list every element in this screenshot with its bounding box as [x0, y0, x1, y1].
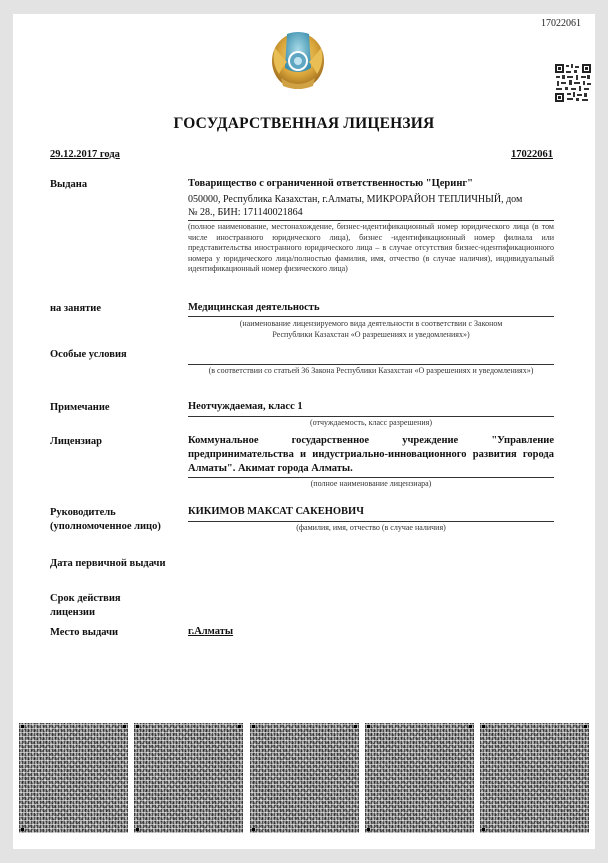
qr-code-icon — [365, 723, 474, 833]
place-label: Место выдачи — [50, 626, 118, 640]
licensor-hint: (полное наименование лицензиара) — [188, 479, 554, 490]
license-number: 17022061 — [511, 149, 553, 160]
head-hint: (фамилия, имя, отчество (в случае наличи… — [188, 523, 554, 534]
qr-code-icon — [19, 723, 128, 833]
issued-to-name: Товарищество с ограниченной ответственно… — [188, 177, 554, 191]
special-conditions-hint: (в соответствии со статьей 36 Закона Рес… — [188, 366, 554, 377]
divider — [188, 477, 554, 478]
divider — [188, 416, 554, 417]
head-label-line1: Руководитель — [50, 506, 116, 520]
qr-code-icon — [134, 723, 243, 833]
note-label: Примечание — [50, 401, 110, 415]
divider — [188, 364, 554, 365]
activity-label: на занятие — [50, 302, 101, 316]
qr-code-icon — [554, 63, 592, 103]
licensor-label: Лицензиар — [50, 435, 102, 449]
validity-label-line1: Срок действия — [50, 592, 121, 606]
document-title: ГОСУДАРСТВЕННАЯ ЛИЦЕНЗИЯ — [13, 115, 595, 133]
issued-to-label: Выдана — [50, 178, 87, 192]
license-page: 17022061 — [13, 14, 595, 849]
qr-code-icon — [480, 723, 589, 833]
divider — [188, 220, 554, 221]
issue-date: 29.12.2017 года — [50, 149, 120, 160]
divider — [188, 521, 554, 522]
issued-to-address-line1: 050000, Республика Казахстан, г.Алматы, … — [188, 193, 554, 206]
issued-to-address-line2: № 28., БИН: 171140021864 — [188, 206, 554, 219]
qr-code-icon — [250, 723, 359, 833]
top-document-number: 17022061 — [541, 18, 581, 29]
divider — [188, 316, 554, 317]
issued-to-hint: (полное наименование, местонахождение, б… — [188, 222, 554, 275]
validity-label-line2: лицензии — [50, 606, 95, 620]
state-emblem-icon — [267, 28, 329, 92]
note-hint: (отчуждаемость, класс разрешения) — [188, 418, 554, 429]
qr-codes-row — [19, 723, 589, 833]
special-conditions-label: Особые условия — [50, 348, 127, 362]
note-value: Неотчуждаемая, класс 1 — [188, 400, 554, 414]
activity-value: Медицинская деятельность — [188, 301, 554, 315]
head-value: КИКИМОВ МАКСАТ САКЕНОВИЧ — [188, 505, 554, 519]
place-value: г.Алматы — [188, 626, 233, 637]
activity-hint: (наименование лицензируемого вида деятел… — [188, 319, 554, 340]
first-issue-date-label: Дата первичной выдачи — [50, 557, 166, 571]
licensor-value: Коммунальное государственное учреждение … — [188, 434, 554, 476]
head-label-line2: (уполномоченное лицо) — [50, 520, 161, 534]
